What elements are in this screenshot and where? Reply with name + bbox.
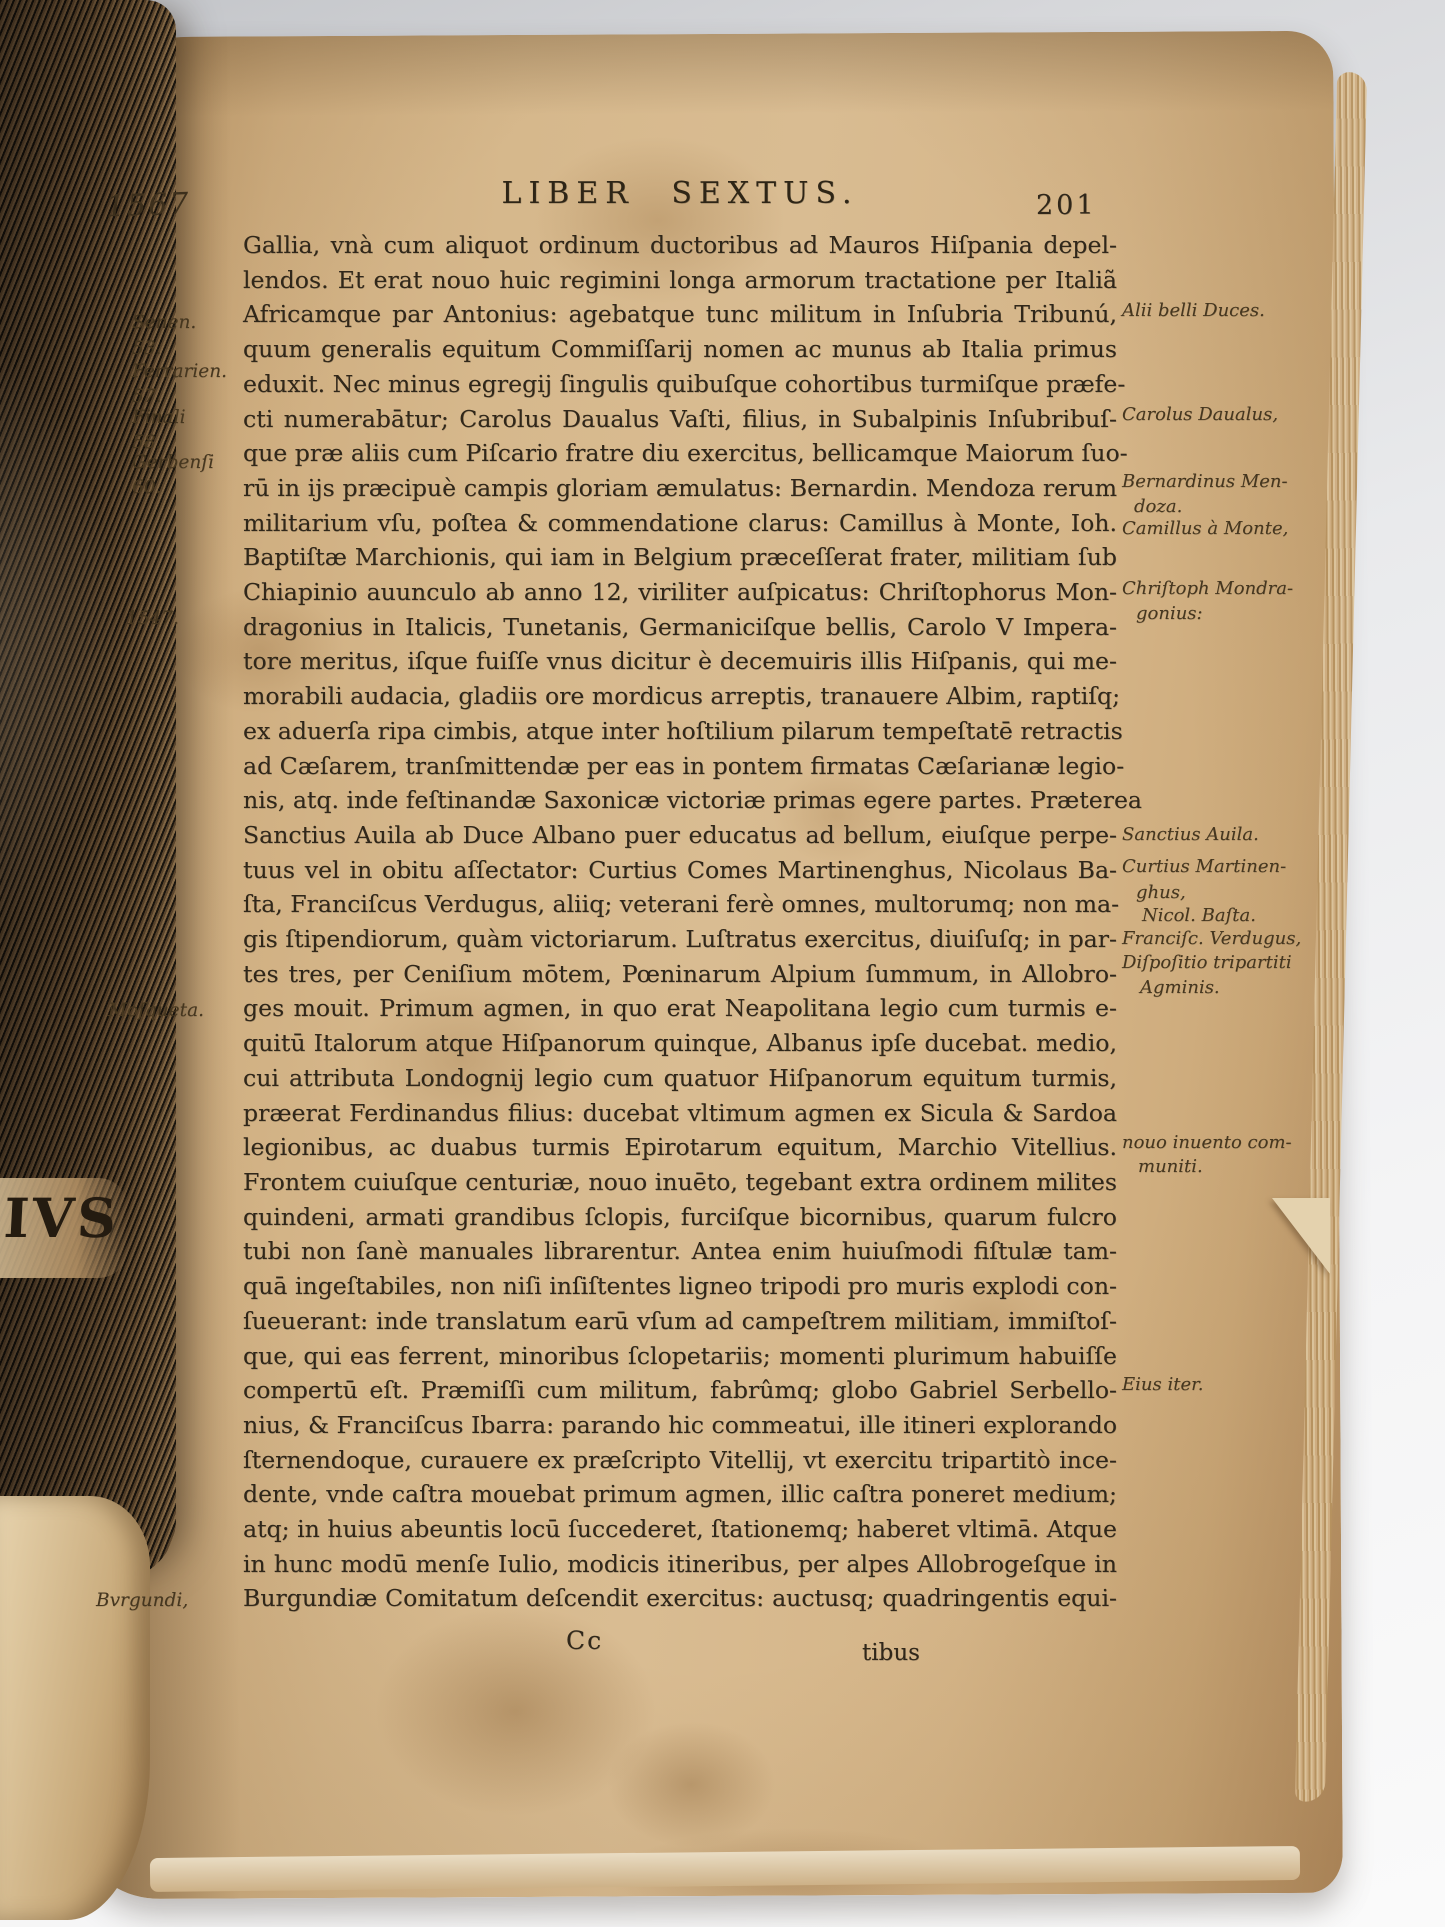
- body-line: Frontem cuiuſque centuriæ, nouo inuēto, …: [243, 1165, 1117, 1200]
- left-margin-note: 58.: [132, 432, 262, 453]
- body-line: cti numerabātur; Carolus Daualus Vaſti, …: [243, 402, 1117, 437]
- right-margin-note: Bernardinus Men-: [1122, 471, 1364, 492]
- right-margin-note: ghus,: [1136, 882, 1378, 903]
- left-margin-note: Senen.: [132, 312, 262, 333]
- body-line: gis ſtipendiorum, quàm victoriarum. Luſt…: [243, 922, 1117, 957]
- body-line: tuus vel in obitu aſſectator: Curtius Co…: [243, 853, 1117, 888]
- folded-page-corner: [1272, 1198, 1330, 1274]
- body-line: ges mouit. Primum agmen, in quo erat Nea…: [243, 991, 1117, 1026]
- left-margin-note: Bvrgundi,: [96, 1590, 226, 1611]
- body-line: tes tres, per Ceniſium mōtem, Pœninarum …: [243, 957, 1117, 992]
- body-line: que præ aliis cum Piſcario fratre diu ex…: [243, 436, 1117, 471]
- right-margin-note: Camillus à Monte,: [1122, 518, 1364, 539]
- right-margin-note: muniti.: [1138, 1156, 1380, 1177]
- body-line: quitū Italorum atque Hiſpanorum quinque,…: [243, 1026, 1117, 1061]
- left-margin-note: Moſqueta.: [108, 1000, 238, 1021]
- body-line: Burgundiæ Comitatum deſcendit exercitus:…: [243, 1581, 1117, 1616]
- body-line: compertū eſt. Præmiſſi cum militum, fabr…: [243, 1373, 1117, 1408]
- right-margin-note: Carolus Daualus,: [1122, 404, 1364, 425]
- right-margin-note: Sanctius Auila.: [1122, 824, 1364, 845]
- body-line: ſternendoque, curauere ex præſcripto Vit…: [243, 1443, 1117, 1478]
- body-line: eduxit. Nec minus egregij ſingulis quibu…: [243, 367, 1117, 402]
- body-text-block: Gallia, vnà cum aliquot ordinum ductorib…: [243, 228, 1117, 1616]
- body-line: Gallia, vnà cum aliquot ordinum ductorib…: [243, 228, 1117, 263]
- right-margin-note: Diſpoſitio tripartiti: [1122, 952, 1364, 973]
- body-line: quā ingeſtabiles, non niſi inſiſtentes l…: [243, 1269, 1117, 1304]
- body-line: ad Cæſarem, tranſmittendæ per eas in pon…: [243, 749, 1117, 784]
- body-line: que, qui eas ferrent, minoribus ſclopeta…: [243, 1339, 1117, 1374]
- left-margin-note: Ferrarien.: [132, 361, 262, 382]
- catchword: tibus: [862, 1640, 920, 1666]
- body-line: tubi non ſanè manuales librarentur. Ante…: [243, 1234, 1117, 1269]
- body-line: legionibus, ac duabus turmis Epirotarum …: [243, 1130, 1117, 1165]
- right-margin-note: Nicol. Baſta.: [1142, 905, 1384, 926]
- left-margin-note: 53.: [132, 338, 262, 359]
- right-margin-note: Franciſc. Verdugus,: [1122, 928, 1364, 949]
- right-margin-note: nouo inuento com-: [1122, 1132, 1364, 1153]
- right-margin-note: Chriſtoph Mondra-: [1122, 578, 1364, 599]
- photo-backdrop: IVS 1567 LIBER SEXTUS. 201 Gallia, vnà c…: [0, 0, 1445, 1927]
- right-margin-note: Eius iter.: [1122, 1374, 1364, 1395]
- spine-letters: IVS: [2, 1186, 121, 1250]
- body-line: nius, & Franciſcus Ibarra: parando hic c…: [243, 1408, 1117, 1443]
- body-line: rū in ijs præcipuè campis gloriam æmulat…: [243, 471, 1117, 506]
- body-line: ſueuerant: inde translatum earū vſum ad …: [243, 1304, 1117, 1339]
- running-title: LIBER SEXTUS.: [243, 176, 1117, 211]
- body-line: Chiapinio auunculo ab anno 12, viriliter…: [243, 575, 1117, 610]
- body-line: quum generalis equitum Commiſſarij nomen…: [243, 332, 1117, 367]
- signature-mark: Cc: [566, 1626, 603, 1655]
- body-line: Baptiſtæ Marchionis, qui iam in Belgium …: [243, 540, 1117, 575]
- body-line: morabili audacia, gladiis ore mordicus a…: [243, 679, 1117, 714]
- body-line: præerat Ferdinandus filius: ducebat vlti…: [243, 1096, 1117, 1131]
- page-number: 201: [1036, 190, 1097, 221]
- right-margin-note: gonius:: [1136, 603, 1378, 624]
- right-margin-note: Agminis.: [1140, 977, 1382, 998]
- body-line: ſta, Franciſcus Verdugus, aliiq; veteran…: [243, 887, 1117, 922]
- body-line: quindeni, armati grandibus ſclopis, furc…: [243, 1200, 1117, 1235]
- right-margin-note: doza.: [1134, 496, 1376, 517]
- body-line: dente, vnde caſtra mouebat primum agmen,…: [243, 1477, 1117, 1512]
- body-line: militarium vſu, poſtea & commendatione c…: [243, 506, 1117, 541]
- body-line: Sanctius Auila ab Duce Albano puer educa…: [243, 818, 1117, 853]
- left-margin-note: 1547.: [126, 608, 256, 629]
- body-line: in hunc modū menſe Iulio, modicis itiner…: [243, 1547, 1117, 1582]
- body-line: tore meritus, iſque fuiſſe vnus dicitur …: [243, 644, 1117, 679]
- body-line: Africamque par Antonius: agebatque tunc …: [243, 297, 1117, 332]
- body-line: nis, atq. inde feſtinandæ Saxonicæ victo…: [243, 783, 1117, 818]
- right-margin-note: Alii belli Duces.: [1122, 300, 1364, 321]
- margin-year-1567: 1567: [105, 187, 191, 225]
- left-margin-note: Gerbenſi: [132, 452, 262, 473]
- curled-page-edge: [0, 1496, 150, 1920]
- body-line: cui attributa Londognij legio cum quatuo…: [243, 1061, 1117, 1096]
- left-margin-note: Finali: [132, 407, 262, 428]
- body-line: atq; in huius abeuntis locū ſuccederet, …: [243, 1512, 1117, 1547]
- body-line: ex aduerſa ripa cimbis, atque inter hoſt…: [243, 714, 1117, 749]
- right-margin-note: Curtius Martinen-: [1122, 856, 1364, 877]
- body-line: lendos. Et erat nouo huic regimini longa…: [243, 263, 1117, 298]
- left-margin-note: 60.: [132, 477, 262, 498]
- body-line: dragonius in Italicis, Tunetanis, German…: [243, 610, 1117, 645]
- left-margin-note: 57.: [132, 386, 262, 407]
- engraving-spine: [0, 0, 176, 1580]
